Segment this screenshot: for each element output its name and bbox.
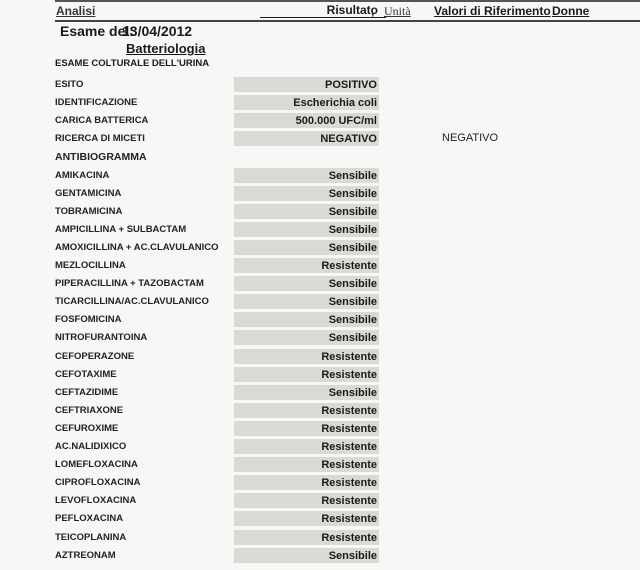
- table-row: CEFUROXIMEResistente: [55, 421, 615, 437]
- table-row: CEFTAZIDIMESensibile: [55, 385, 615, 401]
- test-result: Sensibile: [234, 294, 379, 309]
- test-result: Resistente: [234, 258, 379, 273]
- test-name: AC.NALIDIXICO: [55, 441, 126, 452]
- table-row: RICERCA DI MICETINEGATIVONEGATIVO: [55, 131, 615, 147]
- test-name: ESITO: [55, 79, 83, 90]
- table-row: ESITOPOSITIVO: [55, 77, 615, 93]
- column-header-analisi: Analisi: [56, 4, 95, 18]
- table-row: AZTREONAMSensibile: [55, 548, 615, 564]
- header-rule: [55, 20, 640, 22]
- test-result: POSITIVO: [234, 77, 379, 92]
- test-result: Resistente: [234, 439, 379, 454]
- table-row: TEICOPLANINAResistente: [55, 530, 615, 546]
- test-result: Sensibile: [234, 204, 379, 219]
- table-row: GENTAMICINASensibile: [55, 186, 615, 202]
- test-result: Resistente: [234, 493, 379, 508]
- table-row: CEFOTAXIMEResistente: [55, 367, 615, 383]
- test-name: CEFOPERAZONE: [55, 351, 134, 362]
- table-row: CARICA BATTERICA500.000 UFC/ml: [55, 113, 615, 129]
- antibiogram-heading-label: ANTIBIOGRAMMA: [55, 151, 147, 163]
- exam-date: 13/04/2012: [122, 23, 192, 39]
- column-header-donne: Donne: [552, 4, 589, 18]
- section-title: Batteriologia: [126, 41, 205, 56]
- test-name: CEFTAZIDIME: [55, 387, 118, 398]
- table-row: CEFTRIAXONEResistente: [55, 403, 615, 419]
- test-name: TICARCILLINA/AC.CLAVULANICO: [55, 296, 209, 307]
- test-name: RICERCA DI MICETI: [55, 133, 145, 144]
- test-name: TEICOPLANINA: [55, 532, 126, 543]
- subsection-title: ESAME COLTURALE DELL'URINA: [55, 58, 209, 69]
- test-name: IDENTIFICAZIONE: [55, 97, 137, 108]
- test-result: Resistente: [234, 367, 379, 382]
- test-result: Resistente: [234, 530, 379, 545]
- column-header-valori-riferimento: Valori di Riferimento: [434, 4, 551, 18]
- table-row: LOMEFLOXACINAResistente: [55, 457, 615, 473]
- test-name: GENTAMICINA: [55, 188, 121, 199]
- table-row: PIPERACILLINA + TAZOBACTAMSensibile: [55, 276, 615, 292]
- test-name: AMPICILLINA + SULBACTAM: [55, 224, 186, 235]
- test-result: Resistente: [234, 421, 379, 436]
- test-name: LEVOFLOXACINA: [55, 495, 136, 506]
- test-result: Sensibile: [234, 186, 379, 201]
- test-result: Resistente: [234, 511, 379, 526]
- table-row: TOBRAMICINASensibile: [55, 204, 615, 220]
- table-row: CEFOPERAZONEResistente: [55, 349, 615, 365]
- test-result: Sensibile: [234, 312, 379, 327]
- test-result: Sensibile: [234, 330, 379, 345]
- test-name: AZTREONAM: [55, 550, 116, 561]
- top-rule: [55, 0, 640, 2]
- test-name: CARICA BATTERICA: [55, 115, 148, 126]
- test-name: CEFTRIAXONE: [55, 405, 123, 416]
- table-row: AMOXICILLINA + AC.CLAVULANICOSensibile: [55, 240, 615, 256]
- table-row: NITROFURANTOINASensibile: [55, 330, 615, 346]
- table-row: TICARCILLINA/AC.CLAVULANICOSensibile: [55, 294, 615, 310]
- reference-value: NEGATIVO: [442, 132, 498, 144]
- test-name: CEFOTAXIME: [55, 369, 117, 380]
- table-row: AMPICILLINA + SULBACTAMSensibile: [55, 222, 615, 238]
- table-row: IDENTIFICAZIONEEscherichia coli: [55, 95, 615, 111]
- test-name: CEFUROXIME: [55, 423, 118, 434]
- table-row: FOSFOMICINASensibile: [55, 312, 615, 328]
- test-name: FOSFOMICINA: [55, 314, 122, 325]
- test-result: Resistente: [234, 475, 379, 490]
- column-header-unita: Unità: [384, 4, 411, 19]
- table-row: AMIKACINASensibile: [55, 168, 615, 184]
- test-result: Escherichia coli: [234, 95, 379, 110]
- test-name: PIPERACILLINA + TAZOBACTAM: [55, 278, 204, 289]
- test-result: Sensibile: [234, 385, 379, 400]
- test-name: MEZLOCILLINA: [55, 260, 126, 271]
- test-name: CIPROFLOXACINA: [55, 477, 141, 488]
- test-result: Sensibile: [234, 240, 379, 255]
- test-name: LOMEFLOXACINA: [55, 459, 138, 470]
- test-result: Resistente: [234, 349, 379, 364]
- column-header-separator: ,: [371, 4, 374, 18]
- table-row: MEZLOCILLINAResistente: [55, 258, 615, 274]
- antibiogram-heading: ANTIBIOGRAMMA: [55, 149, 615, 165]
- test-result: 500.000 UFC/ml: [234, 113, 379, 128]
- table-row: CIPROFLOXACINAResistente: [55, 475, 615, 491]
- test-result: Resistente: [234, 457, 379, 472]
- table-row: LEVOFLOXACINAResistente: [55, 493, 615, 509]
- table-row: AC.NALIDIXICOResistente: [55, 439, 615, 455]
- table-row: PEFLOXACINAResistente: [55, 511, 615, 527]
- test-result: Sensibile: [234, 222, 379, 237]
- test-result: NEGATIVO: [234, 131, 379, 146]
- test-result: Sensibile: [234, 276, 379, 291]
- test-result: Sensibile: [234, 548, 379, 563]
- column-header-risultato: Risultato: [260, 4, 386, 18]
- test-name: AMOXICILLINA + AC.CLAVULANICO: [55, 242, 219, 253]
- test-result: Sensibile: [234, 168, 379, 183]
- test-name: AMIKACINA: [55, 170, 109, 181]
- test-name: NITROFURANTOINA: [55, 332, 147, 343]
- test-name: PEFLOXACINA: [55, 513, 123, 524]
- test-name: TOBRAMICINA: [55, 206, 122, 217]
- test-result: Resistente: [234, 403, 379, 418]
